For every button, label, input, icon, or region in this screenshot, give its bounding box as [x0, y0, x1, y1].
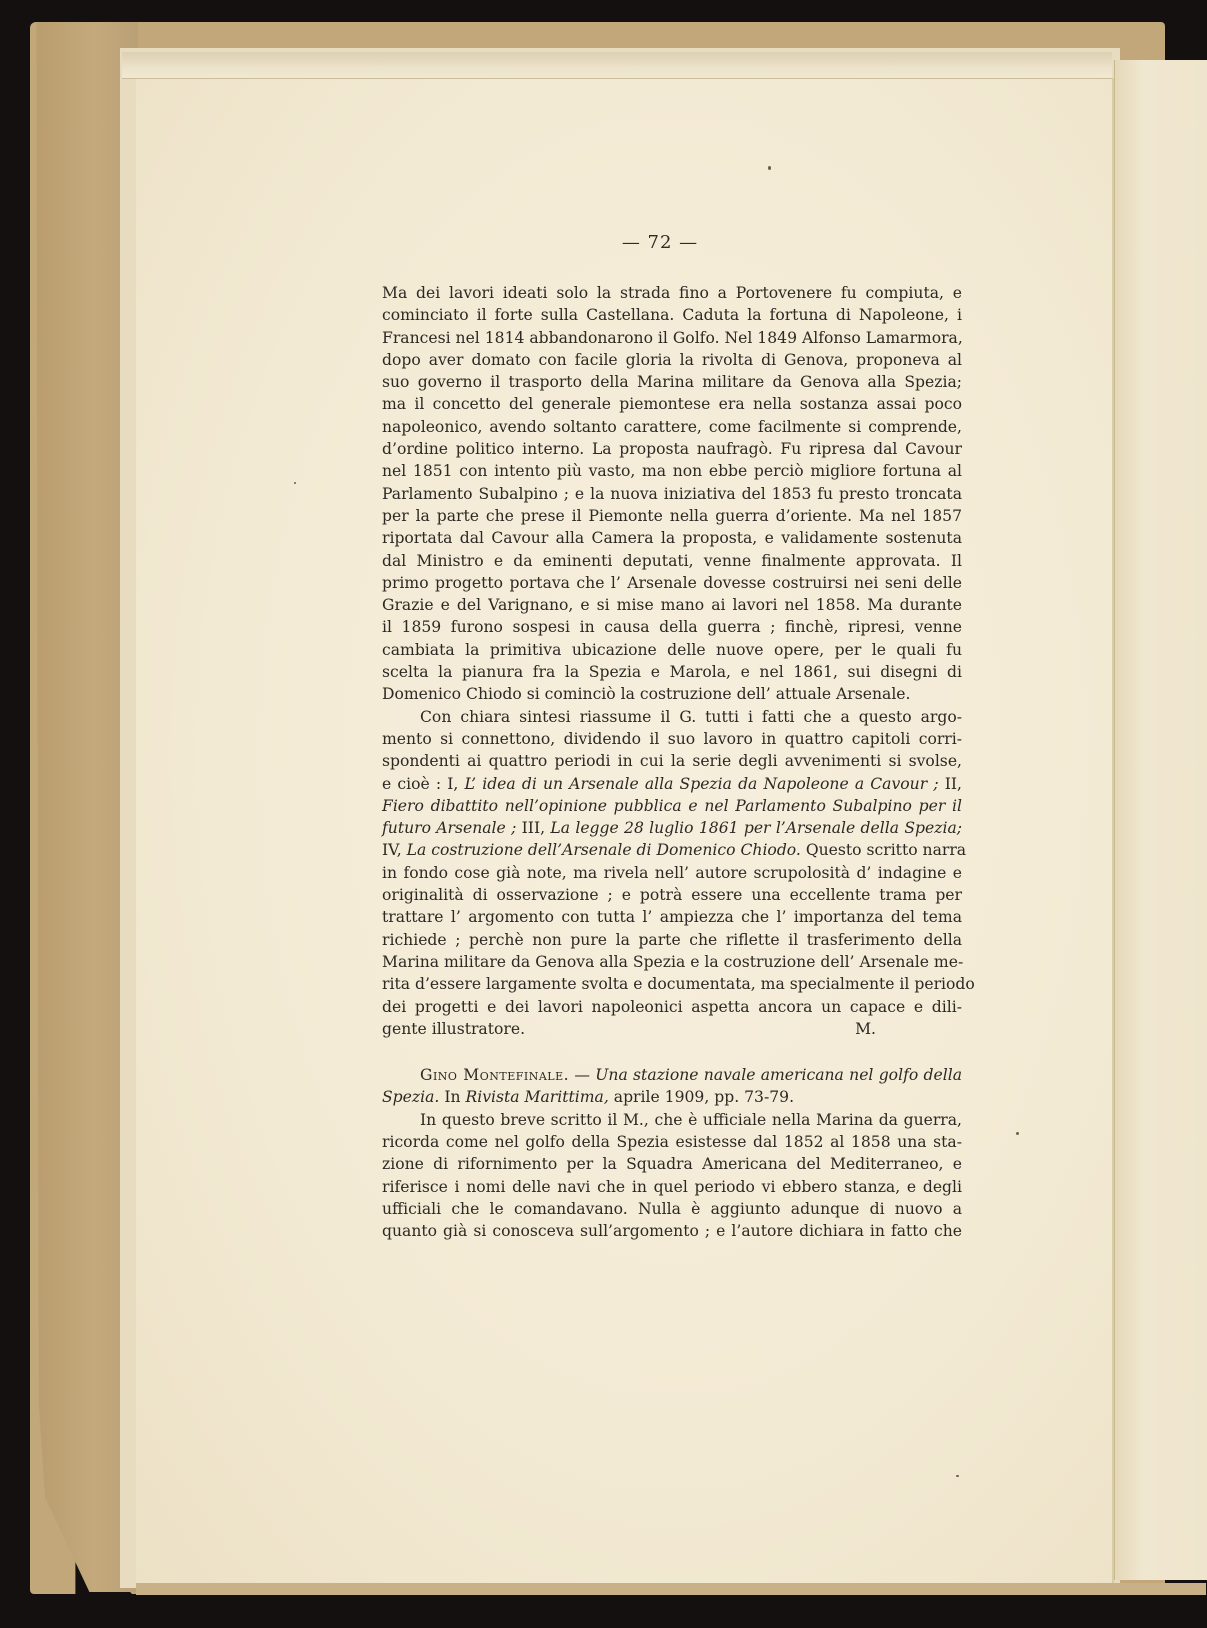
review-entry-montefinale: Gino Montefinale. — Una stazione navale … [382, 1064, 962, 1242]
text-line: gente illustratore. M. [382, 1018, 962, 1040]
text-line: primo progetto portava che l’ Arsenale d… [382, 572, 962, 594]
text-line: d’ordine politico interno. La proposta n… [382, 438, 962, 460]
chapter-title-2: Fiero dibattito nell’opinione pubblica e… [382, 797, 962, 815]
text-line: trattare l’ argomento con tutta l’ ampie… [382, 906, 962, 928]
citation-dash: — [569, 1066, 595, 1084]
text-column: Ma dei lavori ideati solo la strada fino… [382, 282, 962, 1242]
text-line: scelta la pianura fra la Spezia e Marola… [382, 661, 962, 683]
text-line: ufficiali che le comandavano. Nulla è ag… [382, 1198, 962, 1220]
text-fragment: III, [516, 819, 550, 837]
text-line: quanto già si conosceva sull’argomento ;… [382, 1220, 962, 1242]
paper-speck [956, 1475, 959, 1477]
paper-speck [1016, 1132, 1019, 1135]
paper-speck [768, 166, 771, 170]
review-title-end: Spezia. [382, 1088, 439, 1106]
text-line: cambiata la primitiva ubicazione delle n… [382, 639, 962, 661]
text-line: Marina militare da Genova alla Spezia e … [382, 951, 962, 973]
text-line: riferisce i nomi delle navi che in quel … [382, 1176, 962, 1198]
text-fragment: II, [939, 775, 962, 793]
text-line: Francesi nel 1814 abbandonarono il Golfo… [382, 327, 962, 349]
text-line: in fondo cose già note, ma rivela nell’ … [382, 862, 962, 884]
review-title: Una stazione navale americana nel golfo … [595, 1066, 962, 1084]
text-line: In questo breve scritto il M., che è uff… [382, 1109, 962, 1131]
text-fragment: e cioè : I, [382, 775, 465, 793]
text-fragment: In [439, 1088, 465, 1106]
text-line: il 1859 furono sospesi in causa della gu… [382, 616, 962, 638]
text-line: nel 1851 con intento più vasto, ma non e… [382, 460, 962, 482]
text-line: suo governo il trasporto della Marina mi… [382, 371, 962, 393]
text-line: Grazie e del Varignano, e si mise mano a… [382, 594, 962, 616]
reviewer-signature: M. [855, 1018, 962, 1040]
page-number: — 72 — [560, 232, 760, 253]
text-line: futuro Arsenale ; III, La legge 28 lugli… [382, 817, 962, 839]
journal-name: Rivista Marittima, [465, 1088, 608, 1106]
text-line: mento si connettono, dividendo il suo la… [382, 728, 962, 750]
text-line: ma il concetto del generale piemontese e… [382, 393, 962, 415]
text-line: IV, La costruzione dell’Arsenale di Dome… [382, 839, 962, 861]
citation-details: aprile 1909, pp. 73-79. [609, 1088, 794, 1106]
cover-bottom-edge [136, 1583, 1206, 1595]
text-line: zione di rifornimento per la Squadra Ame… [382, 1153, 962, 1175]
adjacent-page [1114, 60, 1207, 1580]
review-author: Gino Montefinale. [420, 1066, 569, 1084]
text-line: spondenti ai quattro periodi in cui la s… [382, 750, 962, 772]
chapter-title-1: L’ idea di un Arsenale alla Spezia da Na… [465, 775, 939, 793]
text-line: Domenico Chiodo si cominciò la costruzio… [382, 683, 962, 705]
text-fragment: gente illustratore. [382, 1018, 525, 1040]
text-fragment: IV, [382, 841, 407, 859]
page-top-edge [122, 52, 1112, 79]
text-line: dopo aver domato con facile gloria la ri… [382, 349, 962, 371]
text-line: Fiero dibattito nell’opinione pubblica e… [382, 795, 962, 817]
paper-speck [294, 482, 296, 484]
chapter-title-3: La legge 28 luglio 1861 per l’Arsenale d… [550, 819, 962, 837]
chapter-title-2-end: futuro Arsenale ; [382, 819, 516, 837]
paragraph-arsenale-history: Ma dei lavori ideati solo la strada fino… [382, 282, 962, 706]
text-fragment: Questo scritto narra [801, 841, 966, 859]
text-line: richiede ; perchè non pure la parte che … [382, 929, 962, 951]
text-line: rita d’essere largamente svolta e docume… [382, 973, 962, 995]
text-line: cominciato il forte sulla Castellana. Ca… [382, 304, 962, 326]
text-line: riportata dal Cavour alla Camera la prop… [382, 527, 962, 549]
text-line: dei progetti e dei lavori napoleonici as… [382, 996, 962, 1018]
text-line: per la parte che prese il Piemonte nella… [382, 505, 962, 527]
text-line: Parlamento Subalpino ; e la nuova inizia… [382, 483, 962, 505]
text-line: originalità di osservazione ; e potrà es… [382, 884, 962, 906]
text-line: Con chiara sintesi riassume il G. tutti … [382, 706, 962, 728]
text-line: ricorda come nel golfo della Spezia esis… [382, 1131, 962, 1153]
section-gap [382, 1040, 962, 1064]
text-line: dal Ministro e da eminenti deputati, ven… [382, 550, 962, 572]
text-line: Ma dei lavori ideati solo la strada fino… [382, 282, 962, 304]
paragraph-review-summary: Con chiara sintesi riassume il G. tutti … [382, 706, 962, 1040]
citation-line: Gino Montefinale. — Una stazione navale … [382, 1064, 962, 1086]
text-line: napoleonico, avendo soltanto carattere, … [382, 416, 962, 438]
citation-line: Spezia. In Rivista Marittima, aprile 190… [382, 1086, 962, 1108]
chapter-title-4: La costruzione dell’Arsenale di Domenico… [407, 841, 801, 859]
text-line: e cioè : I, L’ idea di un Arsenale alla … [382, 773, 962, 795]
